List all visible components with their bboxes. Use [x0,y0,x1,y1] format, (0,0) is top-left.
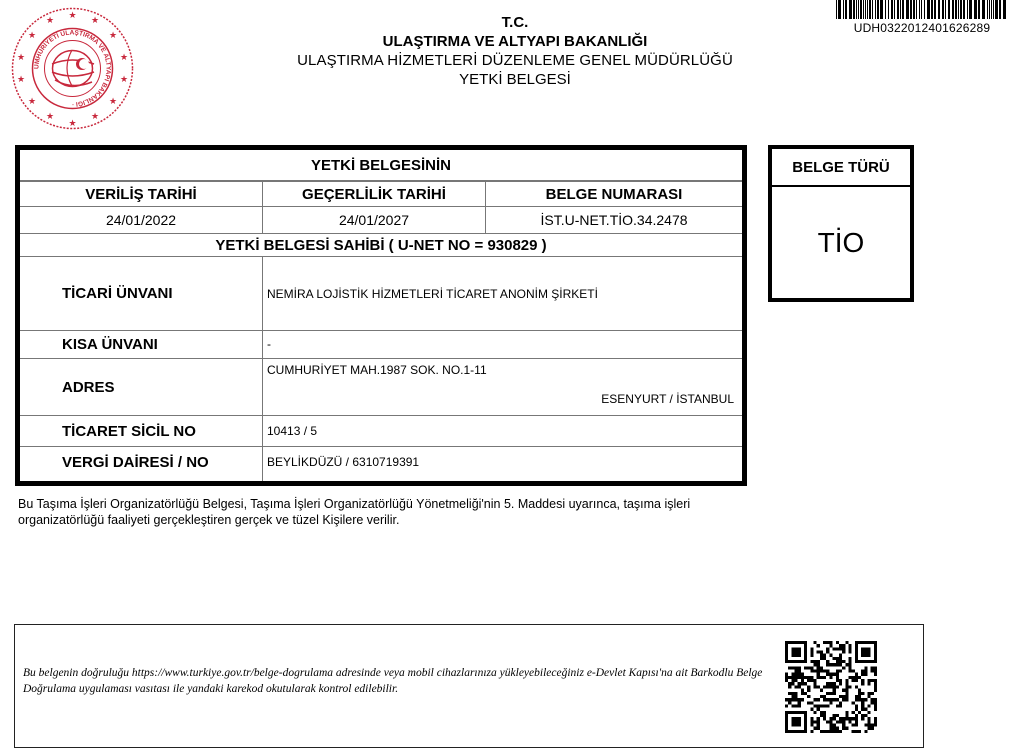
barcode-number: UDH0322012401626289 [820,21,1024,35]
issue-date-header: VERİLİŞ TARİHİ [20,182,262,206]
trade-name-label: TİCARİ ÜNVANI [20,257,262,330]
tax-office-value: BEYLİKDÜZÜ / 6310719391 [262,447,742,481]
header-directorate: ULAŞTIRMA HİZMETLERİ DÜZENLEME GENEL MÜD… [250,51,780,70]
verification-box: Bu belgenin doğruluğu https://www.turkiy… [14,624,924,748]
svg-text:★: ★ [46,112,54,122]
short-name-value: - [262,331,742,358]
date-header-row: VERİLİŞ TARİHİ GEÇERLİLİK TARİHİ BELGE N… [20,181,742,207]
field-row-short-name: KISA ÜNVANI - [20,331,742,359]
svg-text:★: ★ [17,53,25,63]
qr-code-icon [785,641,877,733]
svg-text:★: ★ [120,75,128,85]
barcode-icon [836,0,1008,19]
address-value: CUMHURİYET MAH.1987 SOK. NO.1-11 ESENYUR… [262,359,742,415]
holder-title: YETKİ BELGESİ SAHİBİ ( U-NET NO = 930829… [20,234,742,256]
certificate-table: YETKİ BELGESİNİN VERİLİŞ TARİHİ GEÇERLİL… [15,145,747,486]
header-document-name: YETKİ BELGESİ [250,70,780,89]
svg-text:★: ★ [17,75,25,85]
svg-text:★: ★ [91,112,99,122]
svg-text:★: ★ [28,97,36,107]
document-type-title: BELGE TÜRÜ [772,149,910,187]
field-row-trade-name: TİCARİ ÜNVANI NEMİRA LOJİSTİK HİZMETLERİ… [20,257,742,331]
trade-name-value: NEMİRA LOJİSTİK HİZMETLERİ TİCARET ANONİ… [262,257,742,330]
field-row-tax-office: VERGİ DAİRESİ / NO BEYLİKDÜZÜ / 63107193… [20,447,742,481]
document-header: T.C. ULAŞTIRMA VE ALTYAPI BAKANLIĞI ULAŞ… [250,13,780,89]
document-number-header: BELGE NUMARASI [485,182,742,206]
field-row-address: ADRES CUMHURİYET MAH.1987 SOK. NO.1-11 E… [20,359,742,416]
svg-text:★: ★ [91,16,99,26]
date-value-row: 24/01/2022 24/01/2027 İST.U-NET.TİO.34.2… [20,207,742,234]
legal-note: Bu Taşıma İşleri Organizatörlüğü Belgesi… [18,496,738,528]
short-name-label: KISA ÜNVANI [20,331,262,358]
document-type-box: BELGE TÜRÜ TİO [768,145,914,302]
svg-text:★: ★ [68,11,76,21]
ministry-seal-icon: TÜRKİYE CUMHURİYETİ ULAŞTIRMA VE ALTYAPI… [10,6,135,131]
address-line-1: CUMHURİYET MAH.1987 SOK. NO.1-11 [263,363,487,377]
svg-text:★: ★ [46,16,54,26]
validity-date-value: 24/01/2027 [262,207,485,233]
verification-text: Bu belgenin doğruluğu https://www.turkiy… [23,665,763,697]
svg-text:★: ★ [120,53,128,63]
header-tc: T.C. [250,13,780,32]
trade-registry-label: TİCARET SİCİL NO [20,416,262,446]
address-line-2: ESENYURT / İSTANBUL [601,392,734,406]
svg-text:★: ★ [109,31,117,41]
validity-date-header: GEÇERLİLİK TARİHİ [262,182,485,206]
certificate-title: YETKİ BELGESİNİN [20,150,742,180]
field-row-trade-registry: TİCARET SİCİL NO 10413 / 5 [20,416,742,447]
header-ministry: ULAŞTIRMA VE ALTYAPI BAKANLIĞI [250,32,780,51]
tax-office-label: VERGİ DAİRESİ / NO [20,447,262,481]
document-type-value: TİO [772,187,910,298]
holder-title-row: YETKİ BELGESİ SAHİBİ ( U-NET NO = 930829… [20,234,742,257]
issue-date-value: 24/01/2022 [20,207,262,233]
svg-text:★: ★ [109,97,117,107]
document-number-value: İST.U-NET.TİO.34.2478 [485,207,742,233]
svg-text:★: ★ [68,119,76,129]
certificate-title-row: YETKİ BELGESİNİN [20,150,742,181]
svg-text:★: ★ [28,31,36,41]
address-label: ADRES [20,359,262,415]
trade-registry-value: 10413 / 5 [262,416,742,446]
